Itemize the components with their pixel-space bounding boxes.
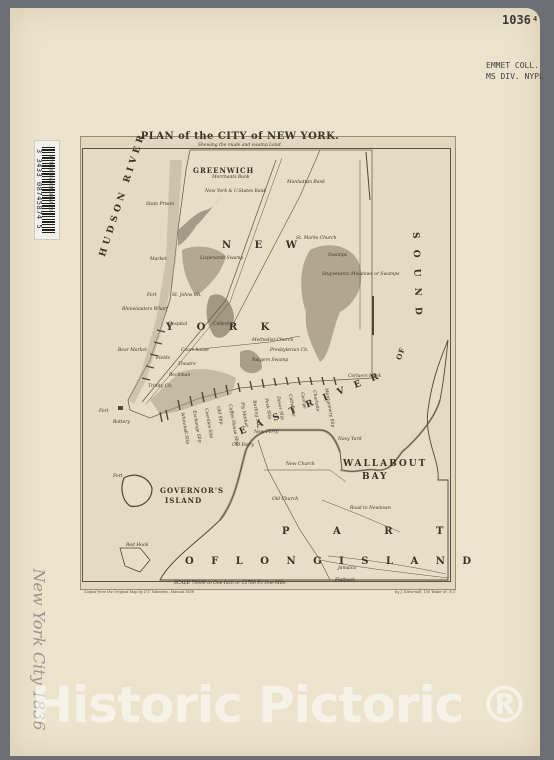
watermark: Historic Pictoric ® [20, 676, 540, 734]
place-label: Fields [156, 356, 170, 361]
place-label: Methodist Church [252, 338, 293, 343]
label-governors-island-2: ISLAND [165, 496, 202, 505]
place-label: Hospital [168, 322, 187, 327]
place-label: Collect [213, 322, 229, 327]
place-label: Bear Market [118, 348, 147, 353]
place-label: Flatbush [335, 578, 355, 583]
place-label: Trinity Ch. [148, 384, 172, 389]
imprint-right: by J. Disturnell, 156 Water St. N.Y. [395, 590, 456, 594]
place-label: Red Hook [126, 543, 148, 548]
place-label: Battery [113, 420, 130, 425]
place-label: Stuyvesants Meadows or Swamps [322, 272, 399, 277]
label-governors-island-1: GOVERNOR'S [160, 486, 224, 495]
place-label: Navy Yard [338, 437, 361, 442]
place-label: St. Marks Church [296, 236, 336, 241]
place-label: Fort [147, 293, 157, 298]
label-bay: BAY [362, 472, 389, 482]
place-label: State Prison [146, 202, 174, 207]
map-drawing [0, 0, 554, 760]
place-label: Old Church [272, 497, 298, 502]
place-label: St. Johns Ch. [172, 293, 202, 298]
label-part: P A R T [282, 526, 463, 537]
place-label: Court house [181, 348, 209, 353]
place-label: Fort [113, 474, 123, 479]
place-label: Swamps [328, 253, 347, 258]
place-label: Corlaers Hook [348, 374, 381, 379]
place-label: Lispenards Swamp [200, 256, 243, 261]
place-label: Presbyterian Ch. [270, 348, 308, 353]
place-label: Bechman [169, 373, 190, 378]
label-new: N E W [222, 240, 307, 251]
label-wallabout: WALLABOUT [343, 459, 427, 469]
place-label: Rhinelanders Wharf [122, 307, 168, 312]
place-label: Road to Newtown [350, 506, 391, 511]
place-label: New York & U.States Bank [205, 189, 266, 194]
place-label: Jamaica [338, 566, 356, 571]
label-of-long-island: O F L O N G I S L A N D [185, 556, 478, 567]
place-label: New Ferry [254, 430, 278, 435]
place-label: New Church [286, 462, 315, 467]
imprint-left: Copied from the Original Map by D.T. Val… [84, 590, 194, 594]
place-label: Market [150, 257, 167, 262]
place-label: Theatre [178, 362, 196, 367]
place-label: Merchants Bank [212, 175, 250, 180]
place-label: Rutgers Swamp [252, 358, 288, 363]
place-label: Fort [99, 409, 109, 414]
label-greenwich: GREENWICH [193, 166, 254, 175]
map-scale: SCALE 70000 to One Inch or 12760 F.t One… [174, 581, 287, 586]
place-label: Manhattan Bank [287, 180, 325, 185]
